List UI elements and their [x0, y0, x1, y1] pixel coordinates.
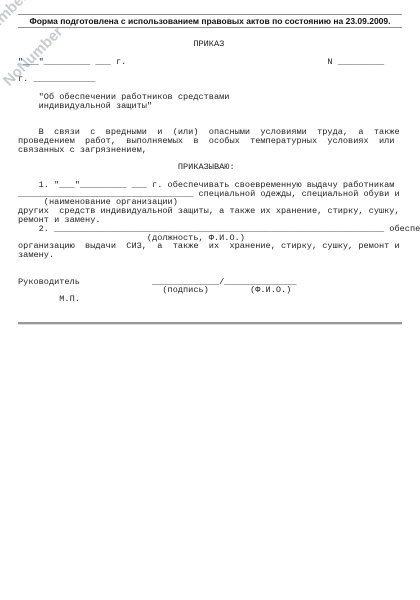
- item2-line-2: организацию выдачи СИЗ, а также их хране…: [18, 242, 408, 251]
- date-and-number-line: "___"_________ ___ г. N _________: [18, 58, 408, 67]
- document-page: NoNumber NoNumber Форма подготовлена с и…: [0, 0, 420, 600]
- order-body: ПРИКАЗ "___"_________ ___ г. N _________…: [18, 40, 408, 304]
- header-notice: Форма подготовлена с использованием прав…: [18, 14, 402, 28]
- order-title-line: ПРИКАЗ: [18, 40, 408, 49]
- preamble-line-3: связанных с загрязнением,: [18, 146, 408, 155]
- stamp-line: М.П.: [18, 295, 408, 304]
- bottom-divider: [18, 322, 402, 325]
- spacer-line: [18, 260, 408, 269]
- subject-line-2: индивидуальной защиты": [18, 102, 408, 111]
- item2-line-3: замену.: [18, 251, 408, 260]
- city-line: г. ____________: [18, 75, 408, 84]
- resolution-heading-line: ПРИКАЗЫВАЮ:: [18, 163, 408, 172]
- spacer-line: [18, 110, 408, 119]
